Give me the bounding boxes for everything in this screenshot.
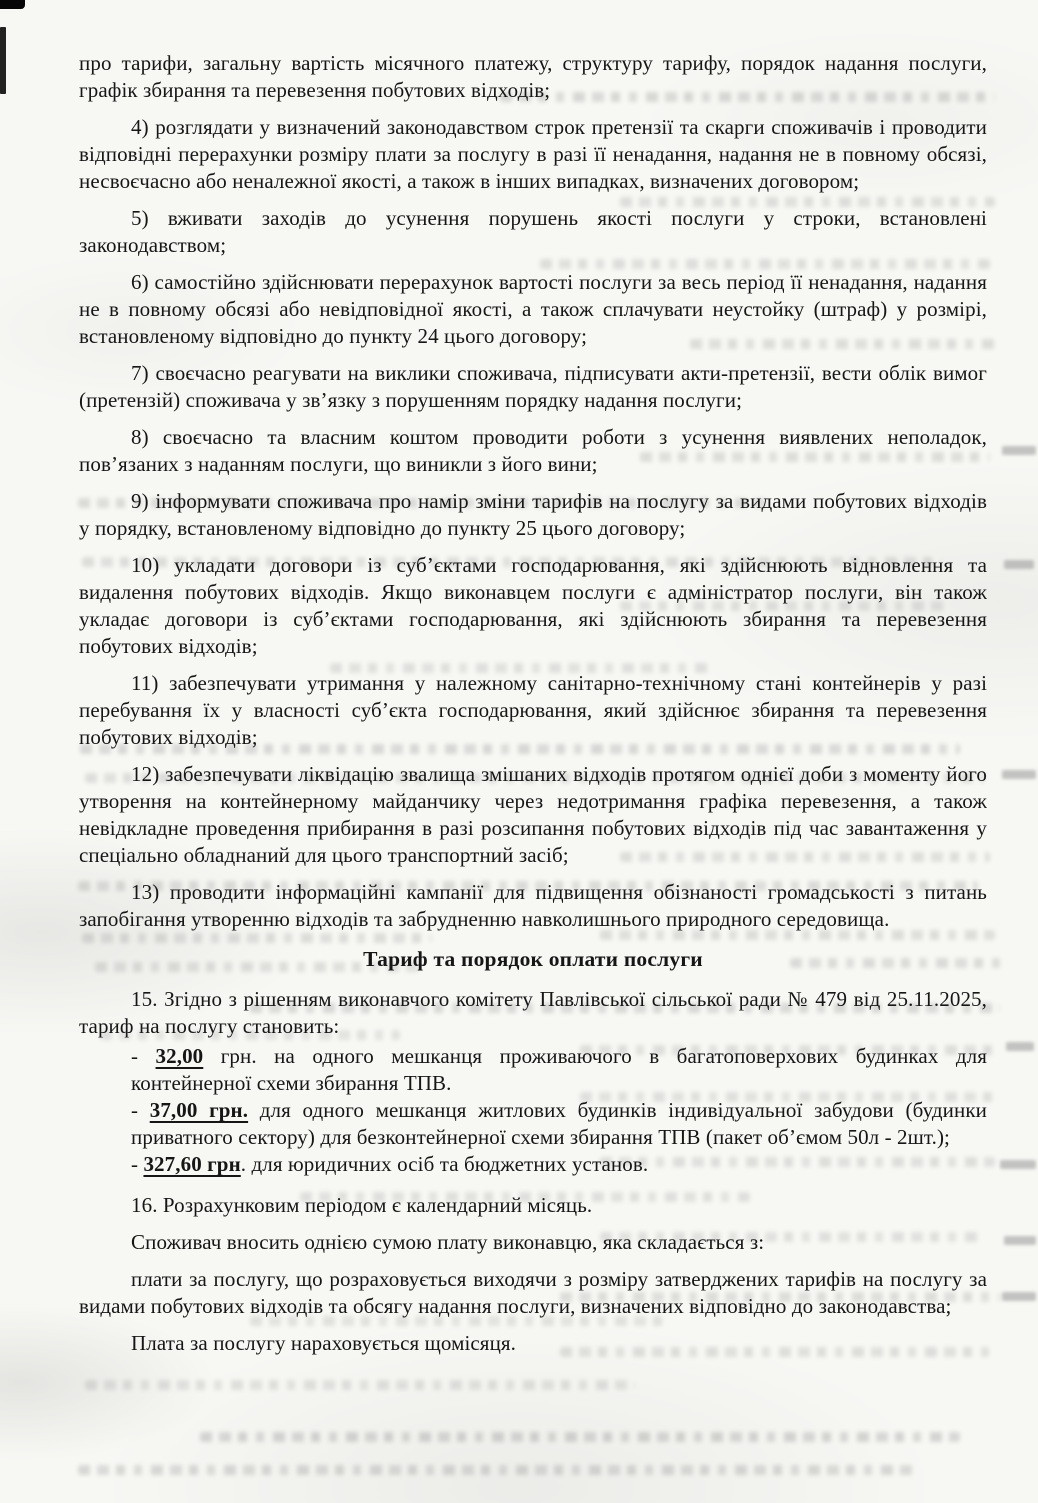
ghost-text-artifact	[85, 1380, 635, 1390]
tariff-dash: -	[131, 1098, 150, 1122]
clause-5: 5) вживати заходів до усунення порушень …	[79, 205, 987, 259]
edge-bleed-artifact	[1000, 1160, 1036, 1169]
tariff-description: грн. на одного мешканця проживаючого в б…	[131, 1044, 987, 1095]
clause-7: 7) своєчасно реагувати на виклики спожив…	[79, 360, 987, 414]
clause-15: 15. Згідно з рішенням виконавчого коміте…	[79, 986, 987, 1040]
tariff-dash: -	[131, 1044, 156, 1068]
tariff-amount: 327,60 грн	[143, 1152, 240, 1176]
tariff-description: . для юридичних осіб та бюджетних устано…	[241, 1152, 648, 1176]
paragraph-intro-continuation: про тарифи, загальну вартість місячного …	[79, 50, 987, 104]
clause-6: 6) самостійно здійснювати перерахунок ва…	[79, 269, 987, 350]
clause-9: 9) інформувати споживача про намір зміни…	[79, 488, 987, 542]
ghost-text-artifact	[78, 1465, 918, 1475]
tariff-amount: 32,00	[156, 1044, 204, 1068]
clause-11: 11) забезпечувати утримання у належному …	[79, 670, 987, 751]
edge-bleed-artifact	[1004, 1236, 1036, 1245]
clause-8: 8) своєчасно та власним коштом проводити…	[79, 424, 987, 478]
ghost-text-artifact	[200, 1432, 960, 1442]
scan-corner-artifact	[0, 0, 25, 9]
clause-4: 4) розглядати у визначений законодавство…	[79, 114, 987, 195]
scan-edge-artifact	[0, 27, 6, 94]
payment-composition: плати за послугу, що розраховується вихо…	[79, 1266, 987, 1320]
document-body: про тарифи, загальну вартість місячного …	[79, 50, 987, 1367]
tariff-item-apartments: - 32,00 грн. на одного мешканця проживаю…	[131, 1043, 987, 1097]
tariff-item-legal-entities: - 327,60 грн. для юридичних осіб та бюдж…	[131, 1151, 987, 1178]
tariff-item-private-houses: - 37,00 грн. для одного мешканця житлови…	[131, 1097, 987, 1151]
edge-bleed-artifact	[1004, 560, 1034, 569]
clause-12: 12) забезпечувати ліквідацію звалища змі…	[79, 761, 987, 869]
tariff-description: для одного мешканця житлових будинків ін…	[131, 1098, 987, 1149]
tariff-amount: 37,00 грн.	[150, 1098, 248, 1122]
section-heading-tariff: Тариф та порядок оплати послуги	[79, 946, 987, 973]
clause-10: 10) укладати договори із суб’єктами госп…	[79, 552, 987, 660]
edge-bleed-artifact	[1002, 1292, 1036, 1301]
tariff-dash: -	[131, 1152, 143, 1176]
scanned-document-page: про тарифи, загальну вартість місячного …	[0, 0, 1038, 1503]
consumer-payment-line: Споживач вносить однією сумою плату вико…	[79, 1229, 987, 1256]
edge-bleed-artifact	[1002, 446, 1036, 455]
edge-bleed-artifact	[1002, 770, 1036, 779]
clause-13: 13) проводити інформаційні кампанії для …	[79, 879, 987, 933]
edge-bleed-artifact	[1006, 1042, 1034, 1051]
closing-line: Плата за послугу нараховується щомісяця.	[79, 1330, 987, 1357]
clause-16: 16. Розрахунковим періодом є календарний…	[79, 1192, 987, 1219]
